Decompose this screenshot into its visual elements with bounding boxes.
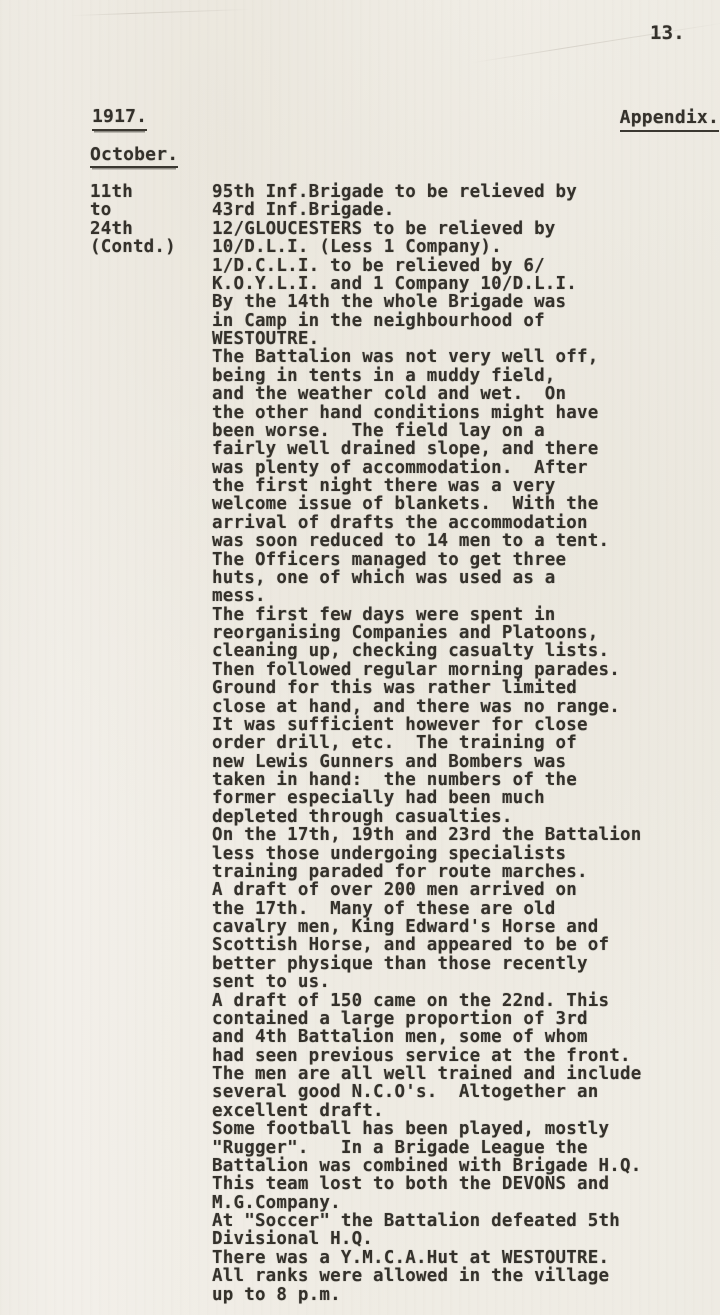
date-range-column: 11thto24th(Contd.) (90, 183, 176, 257)
text-line: Battalion was combined with Brigade H.Q. (212, 1157, 641, 1175)
text-line: up to 8 p.m. (212, 1286, 641, 1304)
text-line: less those undergoing specialists (212, 845, 641, 863)
text-line: The Battalion was not very well off, (212, 348, 641, 366)
text-line: 24th (90, 220, 176, 238)
text-line: in Camp in the neighbourhood of (212, 312, 641, 330)
year-heading: 1917. (92, 106, 147, 131)
text-line: training paraded for route marches. (212, 863, 641, 881)
text-line: reorganising Companies and Platoons, (212, 624, 641, 642)
text-line: A draft of 150 came on the 22nd. This (212, 992, 641, 1010)
text-line: and 4th Battalion men, some of whom (212, 1028, 641, 1046)
diary-entry-body: 95th Inf.Brigade to be relieved by43rd I… (212, 183, 641, 1304)
text-line: Scottish Horse, and appeared to be of (212, 936, 641, 954)
text-line: the first night there was a very (212, 477, 641, 495)
text-line: 11th (90, 183, 176, 201)
text-line: the 17th. Many of these are old (212, 900, 641, 918)
text-line: The Officers managed to get three (212, 551, 641, 569)
text-line: arrival of drafts the accommodation (212, 514, 641, 532)
text-line: 12/GLOUCESTERS to be relieved by (212, 220, 641, 238)
text-line: 43rd Inf.Brigade. (212, 201, 641, 219)
text-line: welcome issue of blankets. With the (212, 495, 641, 513)
text-line: The men are all well trained and include (212, 1065, 641, 1083)
text-line: By the 14th the whole Brigade was (212, 293, 641, 311)
text-line: Some football has been played, mostly (212, 1120, 641, 1138)
text-line: huts, one of which was used as a (212, 569, 641, 587)
text-line: 10/D.L.I. (Less 1 Company). (212, 238, 641, 256)
text-line: better physique than those recently (212, 955, 641, 973)
appendix-heading: Appendix. (620, 107, 719, 132)
month-heading: October. (90, 144, 178, 168)
text-line: being in tents in a muddy field, (212, 367, 641, 385)
text-line: order drill, etc. The training of (212, 734, 641, 752)
text-line: M.G.Company. (212, 1194, 641, 1212)
text-line: cleaning up, checking casualty lists. (212, 642, 641, 660)
text-line: All ranks were allowed in the village (212, 1267, 641, 1285)
text-line: and the weather cold and wet. On (212, 385, 641, 403)
text-line: was plenty of accommodation. After (212, 459, 641, 477)
text-line: fairly well drained slope, and there (212, 440, 641, 458)
text-line: Then followed regular morning parades. (212, 661, 641, 679)
text-line: the other hand conditions might have (212, 404, 641, 422)
text-line: several good N.C.O's. Altogether an (212, 1083, 641, 1101)
text-line: A draft of over 200 men arrived on (212, 881, 641, 899)
paper-crease-top-left (70, 9, 250, 16)
text-line: On the 17th, 19th and 23rd the Battalion (212, 826, 641, 844)
text-line: depleted through casualties. (212, 808, 641, 826)
text-line: The first few days were spent in (212, 606, 641, 624)
text-line: had seen previous service at the front. (212, 1047, 641, 1065)
text-line: taken in hand: the numbers of the (212, 771, 641, 789)
text-line: new Lewis Gunners and Bombers was (212, 753, 641, 771)
text-line: sent to us. (212, 973, 641, 991)
text-line: mess. (212, 587, 641, 605)
text-line: cavalry men, King Edward's Horse and (212, 918, 641, 936)
text-line: K.O.Y.L.I. and 1 Company 10/D.L.I. (212, 275, 641, 293)
text-line: former especially had been much (212, 789, 641, 807)
text-line: was soon reduced to 14 men to a tent. (212, 532, 641, 550)
text-line: (Contd.) (90, 238, 176, 256)
text-line: been worse. The field lay on a (212, 422, 641, 440)
text-line: Ground for this was rather limited (212, 679, 641, 697)
war-diary-scanned-page: 13. 1917. Appendix. October. 11thto24th(… (0, 0, 720, 1315)
text-line: close at hand, and there was no range. (212, 698, 641, 716)
text-line: excellent draft. (212, 1102, 641, 1120)
text-line: It was sufficient however for close (212, 716, 641, 734)
text-line: WESTOUTRE. (212, 330, 641, 348)
text-line: At "Soccer" the Battalion defeated 5th (212, 1212, 641, 1230)
text-line: This team lost to both the DEVONS and (212, 1175, 641, 1193)
text-line: 1/D.C.L.I. to be relieved by 6/ (212, 257, 641, 275)
text-line: contained a large proportion of 3rd (212, 1010, 641, 1028)
text-line: Divisional H.Q. (212, 1230, 641, 1248)
page-number: 13. (650, 22, 685, 44)
text-line: "Rugger". In a Brigade League the (212, 1139, 641, 1157)
text-line: 95th Inf.Brigade to be relieved by (212, 183, 641, 201)
text-line: There was a Y.M.C.A.Hut at WESTOUTRE. (212, 1249, 641, 1267)
text-line: to (90, 201, 176, 219)
